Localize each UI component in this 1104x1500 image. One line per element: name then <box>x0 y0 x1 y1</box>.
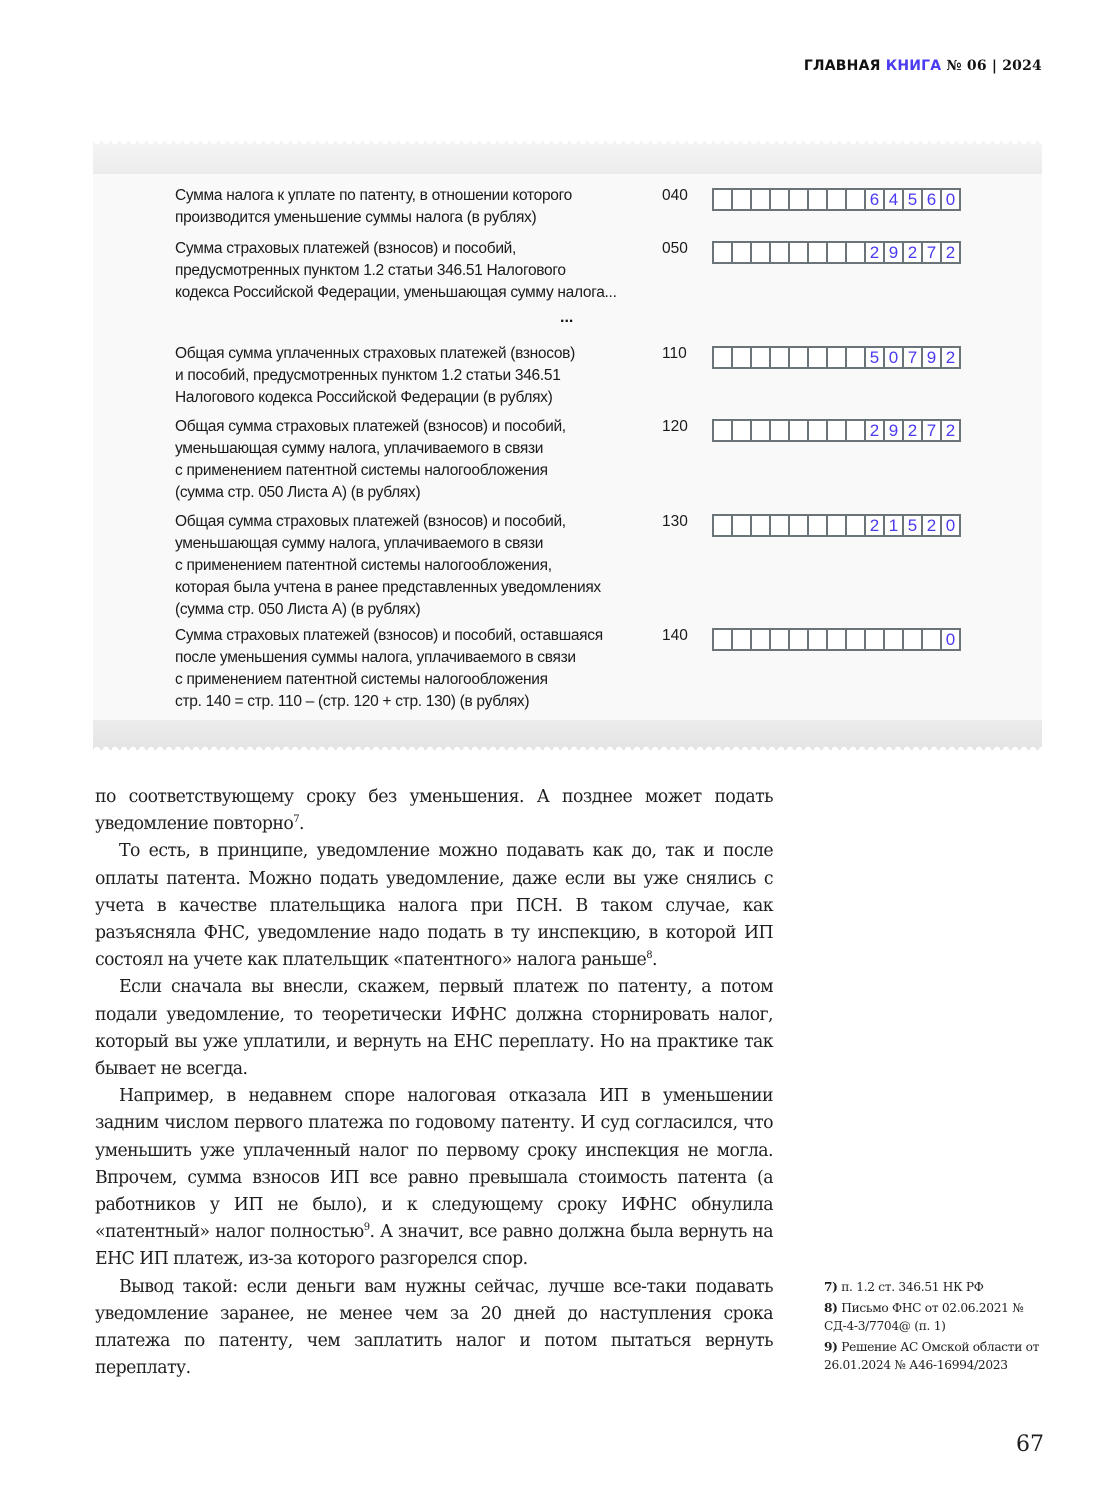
footnote-number: 9) <box>824 1340 838 1354</box>
footnote-text: п. 1.2 ст. 346.51 НК РФ <box>841 1280 983 1294</box>
amount-cell <box>771 243 790 262</box>
line-code: 040 <box>662 185 688 207</box>
footnote-item: 9) Решение АС Омской области от 26.01.20… <box>824 1338 1054 1374</box>
footnotes: 7) п. 1.2 ст. 346.51 НК РФ8) Письмо ФНС … <box>824 1278 1054 1377</box>
paragraph-text: Если сначала вы внесли, скажем, первый п… <box>95 977 773 1079</box>
amount-cell <box>828 516 847 535</box>
amount-cell <box>752 630 771 649</box>
amount-cell: 0 <box>942 190 961 209</box>
issue-number: № 06 | 2024 <box>946 58 1042 74</box>
amount-cell: 2 <box>942 348 961 367</box>
amount-cell <box>733 190 752 209</box>
line-code: 120 <box>662 416 688 438</box>
page-number: 67 <box>1016 1432 1044 1457</box>
paragraph-text: по соответствующему сроку без уменьшения… <box>95 787 773 834</box>
article-body: по соответствующему сроку без уменьшения… <box>95 784 773 1382</box>
amount-cell <box>847 516 866 535</box>
footnote-number: 7) <box>824 1280 838 1294</box>
amount-cell: 6 <box>923 190 942 209</box>
amount-cell <box>866 630 885 649</box>
amount-cells: 50792 <box>712 346 961 369</box>
amount-cell: 9 <box>885 243 904 262</box>
footnote-number: 8) <box>824 1301 838 1315</box>
amount-cell <box>733 243 752 262</box>
amount-cell: 2 <box>866 243 885 262</box>
amount-cell <box>790 190 809 209</box>
amount-cell: 0 <box>942 516 961 535</box>
amount-cell: 9 <box>923 348 942 367</box>
amount-cell: 4 <box>885 190 904 209</box>
amount-cell <box>771 348 790 367</box>
line-description: Общая сумма страховых платежей (взносов)… <box>175 511 645 621</box>
form-bottom-band <box>93 720 1042 750</box>
amount-cell: 7 <box>923 421 942 440</box>
amount-cell <box>714 421 733 440</box>
amount-cell <box>733 421 752 440</box>
amount-cell <box>733 630 752 649</box>
amount-cells: 64560 <box>712 188 961 211</box>
amount-cell: 2 <box>942 421 961 440</box>
amount-cell <box>771 421 790 440</box>
amount-cell <box>923 630 942 649</box>
paragraph-text: Вывод такой: если деньги вам нужны сейча… <box>95 1277 773 1379</box>
amount-cell: 7 <box>904 348 923 367</box>
amount-cell: 9 <box>885 421 904 440</box>
amount-cell: 6 <box>866 190 885 209</box>
amount-cell <box>809 421 828 440</box>
amount-cell <box>752 516 771 535</box>
amount-cell <box>809 243 828 262</box>
amount-cell <box>847 190 866 209</box>
amount-cell <box>847 243 866 262</box>
article-paragraph: Если сначала вы внесли, скажем, первый п… <box>95 974 773 1083</box>
line-description: Сумма налога к уплате по патенту, в отно… <box>175 185 645 229</box>
amount-cell <box>847 348 866 367</box>
amount-cells: 29272 <box>712 419 961 442</box>
amount-cell <box>904 630 923 649</box>
paragraph-text-tail: . <box>299 814 304 834</box>
line-description: Сумма страховых платежей (взносов) и пос… <box>175 238 645 304</box>
amount-cell <box>714 190 733 209</box>
amount-cell: 2 <box>904 421 923 440</box>
magazine-header: ГЛАВНАЯ КНИГА № 06 | 2024 <box>804 58 1042 74</box>
amount-cell <box>790 243 809 262</box>
amount-cell <box>752 348 771 367</box>
amount-cell <box>714 516 733 535</box>
line-code: 050 <box>662 238 688 260</box>
amount-cell <box>733 516 752 535</box>
amount-cell <box>714 243 733 262</box>
amount-cell <box>828 421 847 440</box>
amount-cell <box>714 348 733 367</box>
amount-cell: 7 <box>923 243 942 262</box>
amount-cell: 0 <box>942 630 961 649</box>
amount-cell <box>752 421 771 440</box>
line-description: Общая сумма уплаченных страховых платеже… <box>175 343 645 409</box>
amount-cell <box>828 630 847 649</box>
brand-name-part2: КНИГА <box>886 58 942 74</box>
form-top-band <box>93 141 1042 174</box>
amount-cell <box>790 516 809 535</box>
amount-cell <box>828 348 847 367</box>
paragraph-text-tail: . <box>652 950 657 970</box>
amount-cell <box>847 421 866 440</box>
amount-cell <box>809 516 828 535</box>
amount-cell <box>828 190 847 209</box>
amount-cell: 2 <box>866 421 885 440</box>
article-paragraph: Например, в недавнем споре налоговая отк… <box>95 1083 773 1273</box>
amount-cells: 21520 <box>712 514 961 537</box>
notification-form-excerpt: Сумма налога к уплате по патенту, в отно… <box>93 141 1042 750</box>
paragraph-text: То есть, в принципе, уведомление можно п… <box>95 841 773 970</box>
line-description: Общая сумма страховых платежей (взносов)… <box>175 416 645 504</box>
footnote-text: Решение АС Омской области от 26.01.2024 … <box>824 1340 1039 1372</box>
amount-cell <box>771 516 790 535</box>
amount-cell: 2 <box>866 516 885 535</box>
line-code: 140 <box>662 625 688 647</box>
amount-cell: 2 <box>923 516 942 535</box>
amount-cell: 5 <box>904 516 923 535</box>
amount-cell <box>771 190 790 209</box>
amount-cell <box>809 190 828 209</box>
footnote-text: Письмо ФНС от 02.06.2021 № СД-4-3/7704@ … <box>824 1301 1023 1333</box>
line-code: 130 <box>662 511 688 533</box>
amount-cell: 1 <box>885 516 904 535</box>
footnote-item: 7) п. 1.2 ст. 346.51 НК РФ <box>824 1278 1054 1296</box>
amount-cell <box>752 190 771 209</box>
amount-cell <box>733 348 752 367</box>
amount-cell <box>885 630 904 649</box>
line-code: 110 <box>662 343 687 365</box>
amount-cell: 2 <box>942 243 961 262</box>
amount-cell <box>790 630 809 649</box>
amount-cell <box>828 243 847 262</box>
amount-cells: 29272 <box>712 241 961 264</box>
amount-cell <box>771 630 790 649</box>
amount-cell: 5 <box>904 190 923 209</box>
brand-name-part1: ГЛАВНАЯ <box>804 58 881 74</box>
amount-cell <box>847 630 866 649</box>
amount-cell: 0 <box>885 348 904 367</box>
footnote-item: 8) Письмо ФНС от 02.06.2021 № СД-4-3/770… <box>824 1299 1054 1335</box>
amount-cell <box>809 630 828 649</box>
article-paragraph: То есть, в принципе, уведомление можно п… <box>95 838 773 974</box>
article-paragraph: по соответствующему сроку без уменьшения… <box>95 784 773 838</box>
amount-cell: 2 <box>904 243 923 262</box>
amount-cell <box>809 348 828 367</box>
amount-cells: 0 <box>712 628 961 651</box>
amount-cell <box>752 243 771 262</box>
article-paragraph: Вывод такой: если деньги вам нужны сейча… <box>95 1274 773 1383</box>
amount-cell <box>790 421 809 440</box>
amount-cell <box>714 630 733 649</box>
line-description: Сумма страховых платежей (взносов) и пос… <box>175 625 645 713</box>
form-omission-ellipsis: ... <box>560 309 573 327</box>
paragraph-text: Например, в недавнем споре налоговая отк… <box>95 1086 773 1242</box>
amount-cell <box>790 348 809 367</box>
amount-cell: 5 <box>866 348 885 367</box>
